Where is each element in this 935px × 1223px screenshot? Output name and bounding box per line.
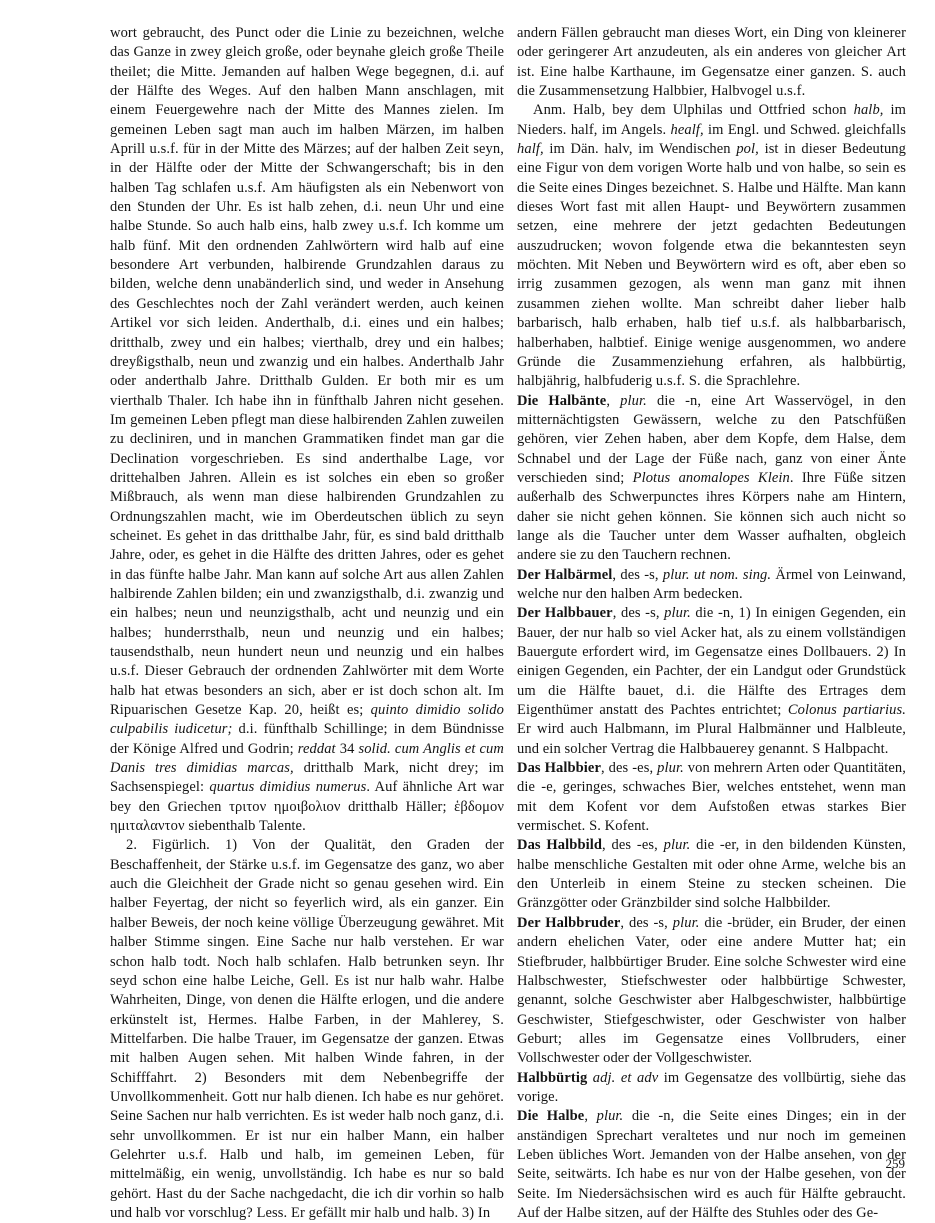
- page-number: 259: [886, 1156, 906, 1172]
- paragraph: Der Halbärmel, des -s, plur. ut nom. sin…: [517, 566, 906, 605]
- text-run: , des -s,: [613, 605, 664, 621]
- italic-run: halb,: [854, 102, 884, 118]
- text-run: , des -s,: [612, 567, 663, 583]
- paragraph: Die Halbänte, plur. die -n, eine Art Was…: [517, 392, 906, 566]
- left-column: wort gebraucht, des Punct oder die Linie…: [110, 24, 504, 1223]
- italic-run: adj. et adv: [593, 1070, 658, 1086]
- entry-headword: Der Halbbauer: [517, 605, 613, 621]
- text-run: Anm. Halb, bey dem Ulphilas und Ottfried…: [533, 102, 854, 118]
- right-column: andern Fällen gebraucht man dieses Wort,…: [517, 24, 906, 1223]
- text-run: ,: [584, 1108, 596, 1124]
- paragraph: Halbbürtig adj. et adv im Gegensatze des…: [517, 1069, 906, 1108]
- italic-run: pol,: [736, 141, 759, 157]
- entry-headword: Der Halbbruder: [517, 915, 620, 931]
- italic-run: plur.: [657, 760, 684, 776]
- text-run: , des -es,: [602, 837, 664, 853]
- text-run: die -brüder, ein Bruder, der einen ander…: [517, 915, 906, 1066]
- paragraph: 2. Figürlich. 1) Von der Qualität, den G…: [110, 836, 504, 1223]
- text-run: die -n, die Seite eines Dinges; ein in d…: [517, 1108, 906, 1221]
- entry-headword: Die Halbe: [517, 1108, 584, 1124]
- italic-run: plur.: [620, 393, 647, 409]
- italic-run: plur.: [664, 837, 691, 853]
- entry-headword: Das Halbbild: [517, 837, 602, 853]
- text-run: ,: [606, 393, 620, 409]
- italic-run: Plotus anomalopes Klein: [633, 470, 790, 486]
- paragraph: Anm. Halb, bey dem Ulphilas und Ottfried…: [517, 101, 906, 391]
- text-run: 2. Figürlich. 1) Von der Qualität, den G…: [110, 837, 504, 1221]
- paragraph: Das Halbbild, des -es, plur. die -er, in…: [517, 836, 906, 913]
- italic-run: plur.: [597, 1108, 624, 1124]
- italic-run: plur.: [673, 915, 700, 931]
- paragraph: Der Halbbauer, des -s, plur. die -n, 1) …: [517, 604, 906, 759]
- entry-headword: Der Halbärmel: [517, 567, 612, 583]
- italic-run: plur. ut nom. sing.: [663, 567, 771, 583]
- italic-run: quartus dimidius numerus: [209, 779, 366, 795]
- italic-run: healf,: [671, 122, 704, 138]
- paragraph: wort gebraucht, des Punct oder die Linie…: [110, 24, 504, 836]
- text-run: , des -es,: [601, 760, 657, 776]
- text-run: im Dän. halv, im Wendischen: [544, 141, 737, 157]
- paragraph: Der Halbbruder, des -s, plur. die -brüde…: [517, 914, 906, 1069]
- italic-run: Colonus partiarius.: [788, 702, 906, 718]
- italic-run: reddat: [298, 741, 336, 757]
- entry-headword: Halbbürtig: [517, 1070, 587, 1086]
- text-run: ist in dieser Bedeutung eine Figur von d…: [517, 141, 906, 389]
- text-run: andern Fällen gebraucht man dieses Wort,…: [517, 25, 906, 99]
- text-run: 34: [336, 741, 359, 757]
- entry-headword: Die Halbänte: [517, 393, 606, 409]
- paragraph: Das Halbbier, des -es, plur. von mehrern…: [517, 759, 906, 836]
- text-run: , des -s,: [620, 915, 672, 931]
- paragraph: andern Fällen gebraucht man dieses Wort,…: [517, 24, 906, 101]
- paragraph: Die Halbe, plur. die -n, die Seite eines…: [517, 1107, 906, 1223]
- entry-headword: Das Halbbier: [517, 760, 601, 776]
- dictionary-page: wort gebraucht, des Punct oder die Linie…: [0, 0, 935, 1210]
- text-run: wort gebraucht, des Punct oder die Linie…: [110, 25, 504, 718]
- text-run: Er wird auch Halbmann, im Plural Halbmän…: [517, 721, 906, 756]
- text-run: im Engl. und Schwed. gleichfalls: [704, 122, 906, 138]
- italic-run: half,: [517, 141, 544, 157]
- italic-run: plur.: [664, 605, 691, 621]
